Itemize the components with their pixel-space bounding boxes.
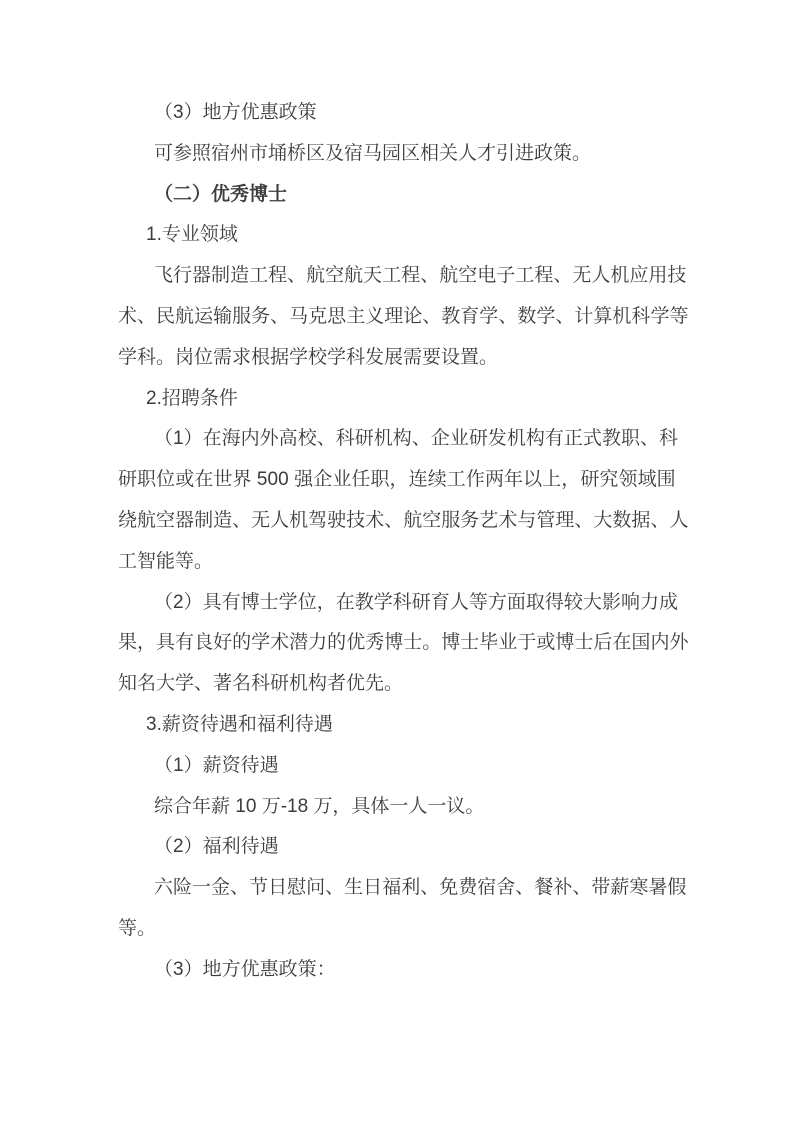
subheading-welfare: （2）福利待遇 (118, 827, 676, 868)
para-condition-1-line2: 研职位或在世界 500 强企业任职，连续工作两年以上，研究领域围 (118, 460, 676, 501)
heading-professional-fields: 1.专业领域 (118, 215, 676, 256)
para-condition-1-line4: 工智能等。 (118, 542, 676, 583)
para-condition-2-line3: 知名大学、著名科研机构者优先。 (118, 664, 676, 705)
para-professional-fields-line1: 飞行器制造工程、航空航天工程、航空电子工程、无人机应用技 (118, 256, 676, 297)
document-content: （3）地方优惠政策 可参照宿州市埇桥区及宿马园区相关人才引进政策。 （二）优秀博… (118, 93, 676, 991)
para-condition-1-line1: （1）在海内外高校、科研机构、企业研发机构有正式教职、科 (118, 419, 676, 460)
para-condition-1-line3: 绕航空器制造、无人机驾驶技术、航空服务艺术与管理、大数据、人 (118, 501, 676, 542)
subheading-local-policy-2: （3）地方优惠政策： (118, 950, 676, 991)
heading-recruitment-conditions: 2.招聘条件 (118, 379, 676, 420)
para-professional-fields-line2: 术、民航运输服务、马克思主义理论、教育学、数学、计算机科学等 (118, 297, 676, 338)
para-condition-2-line2: 果，具有良好的学术潜力的优秀博士。博士毕业于或博士后在国内外 (118, 623, 676, 664)
para-condition-2-line1: （2）具有博士学位，在教学科研育人等方面取得较大影响力成 (118, 583, 676, 624)
heading-salary-and-welfare: 3.薪资待遇和福利待遇 (118, 705, 676, 746)
document-page: （3）地方优惠政策 可参照宿州市埇桥区及宿马园区相关人才引进政策。 （二）优秀博… (0, 0, 793, 1122)
para-welfare-line2: 等。 (118, 909, 676, 950)
para-professional-fields-line3: 学科。岗位需求根据学校学科发展需要设置。 (118, 338, 676, 379)
para-local-policy-reference: 可参照宿州市埇桥区及宿马园区相关人才引进政策。 (118, 134, 676, 175)
subheading-local-policy: （3）地方优惠政策 (118, 93, 676, 134)
para-salary-amount: 综合年薪 10 万-18 万，具体一人一议。 (118, 787, 676, 828)
subheading-salary: （1）薪资待遇 (118, 746, 676, 787)
para-welfare-line1: 六险一金、节日慰问、生日福利、免费宿舍、餐补、带薪寒暑假 (118, 868, 676, 909)
section-heading-excellent-phd: （二）优秀博士 (118, 175, 676, 216)
